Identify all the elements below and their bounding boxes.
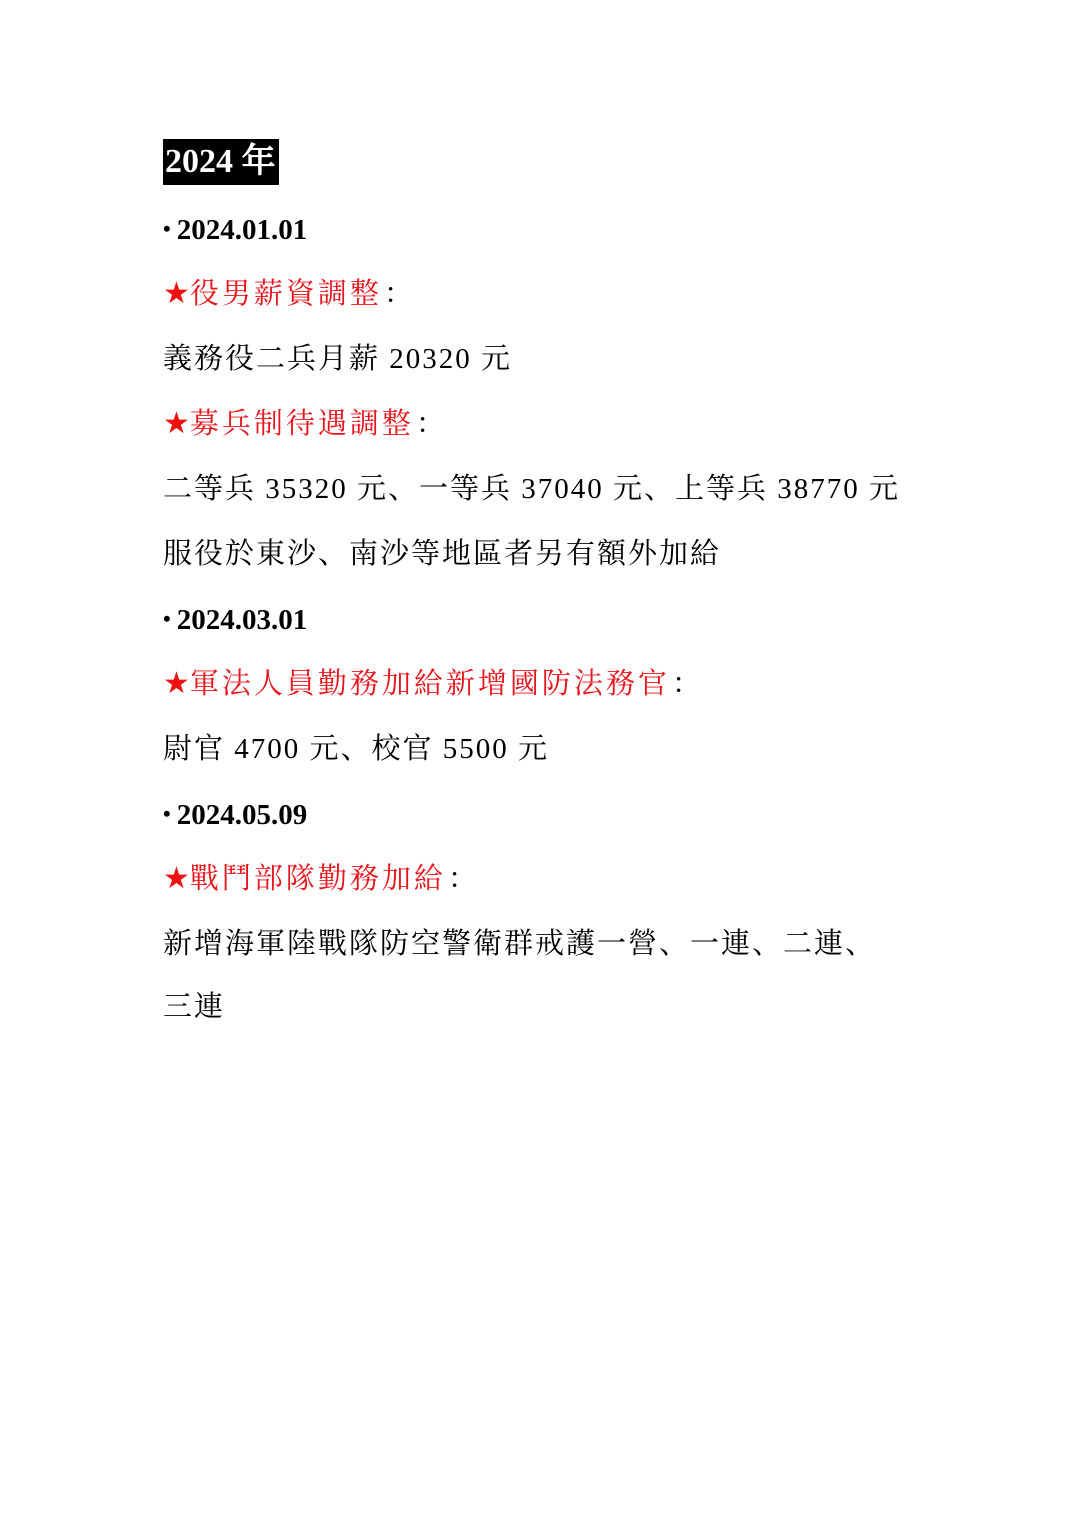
bullet-icon: • (163, 216, 171, 241)
item-colon: ： (384, 278, 416, 310)
item-body-line: 尉官 4700 元、校官 5500 元 (163, 732, 549, 766)
star-icon: ★ (163, 407, 190, 440)
star-icon: ★ (163, 277, 190, 310)
item-body-line: 義務役二兵月薪 20320 元 (163, 342, 512, 376)
item-title: 役男薪資調整 (190, 278, 382, 310)
item-body-line: 服役於東沙、南沙等地區者另有額外加給 (163, 537, 721, 571)
item-title: 軍法人員勤務加給新增國防法務官 (190, 668, 670, 700)
item-heading: ★募兵制待遇調整： (163, 407, 448, 441)
star-icon: ★ (163, 862, 190, 895)
year-heading: 2024 年 (163, 139, 279, 185)
year-heading-row: 2024 年 (163, 139, 279, 185)
item-heading: ★戰鬥部隊勤務加給： (163, 862, 480, 896)
date-label: 2024.03.01 (177, 604, 308, 636)
item-heading: ★役男薪資調整： (163, 277, 416, 311)
item-body-line: 二等兵 35320 元、一等兵 37040 元、上等兵 38770 元 (163, 472, 900, 506)
date-entry-3: •2024.05.09 (163, 797, 307, 832)
date-label: 2024.05.09 (177, 799, 308, 831)
item-title: 戰鬥部隊勤務加給 (190, 863, 446, 895)
item-title: 募兵制待遇調整 (190, 408, 414, 440)
date-entry-2: •2024.03.01 (163, 602, 307, 637)
item-body-line: 新增海軍陸戰隊防空警衛群戒護一營、一連、二連、 (163, 927, 876, 961)
bullet-icon: • (163, 606, 171, 631)
item-colon: ： (672, 668, 704, 700)
item-body-line: 三連 (163, 990, 225, 1024)
item-heading: ★軍法人員勤務加給新增國防法務官： (163, 667, 704, 701)
item-colon: ： (416, 408, 448, 440)
date-label: 2024.01.01 (177, 214, 308, 246)
star-icon: ★ (163, 667, 190, 700)
bullet-icon: • (163, 801, 171, 826)
date-entry-1: •2024.01.01 (163, 212, 307, 247)
item-colon: ： (448, 863, 480, 895)
